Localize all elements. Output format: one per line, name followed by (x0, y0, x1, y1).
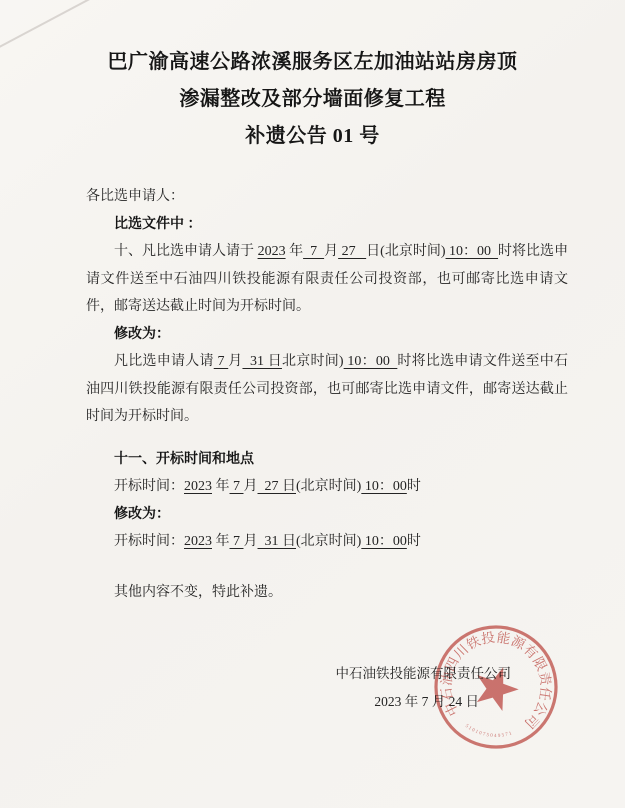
document-page: 巴广渝高速公路浓溪服务区左加油站站房房顶 渗漏整改及部分墙面修复工程 补遗公告 … (0, 0, 625, 808)
text-segment: 十、凡比选申请人请于 (114, 244, 258, 259)
clause-10-revised-paragraph: 凡比选申请人请 7 月 31 日北京时间) 10：00 时将比选申请文件送至中石… (86, 348, 568, 431)
text-segment: 开标时间： (114, 479, 184, 494)
open-time-original-line: 开标时间：2023 年 7 月 27 日(北京时间) 10：00时 (86, 473, 568, 501)
seal-star-icon (469, 660, 524, 714)
underlined-value: 2023 (184, 534, 212, 549)
closing-line: 其他内容不变，特此补遗。 (86, 579, 568, 607)
text-segment: 月 (244, 479, 258, 494)
text-segment: 北京时间) (282, 354, 344, 369)
text-segment: 年 (286, 244, 304, 259)
modify-label-2: 修改为： (86, 501, 568, 529)
underlined-value: 7 (303, 244, 324, 259)
seal-serial-number: 5101075049571 (463, 724, 515, 743)
text-segment: 凡比选申请人请 (114, 354, 214, 369)
text-segment: 时 (407, 534, 421, 549)
underlined-value: 7 (230, 479, 244, 494)
text-segment: 时 (407, 479, 421, 494)
underlined-value: 31 日 (242, 354, 281, 369)
underlined-value: 27 (338, 244, 366, 259)
underlined-value: 2023 (184, 479, 212, 494)
text-segment: 月 (244, 534, 258, 549)
underlined-value: 10：00 (344, 354, 398, 369)
underlined-value: 10：00 (361, 479, 407, 494)
clause-10-paragraph: 十、凡比选申请人请于 2023 年 7 月 27 日(北京时间) 10：00 时… (86, 238, 568, 321)
modify-label-1: 修改为： (86, 321, 568, 349)
text-segment: (北京时间) (296, 534, 361, 549)
text-segment: 月 (228, 354, 242, 369)
text-segment: 开标时间： (114, 534, 184, 549)
underlined-value: 31 日 (258, 534, 297, 549)
underlined-value: 7 (214, 354, 229, 369)
document-title-line-1: 巴广渝高速公路浓溪服务区左加油站站房房顶 (0, 44, 625, 81)
section-11-heading: 十一、开标时间和地点 (86, 446, 568, 474)
underlined-value: 10：00 (361, 534, 407, 549)
document-title-line-2: 渗漏整改及部分墙面修复工程 (0, 81, 625, 118)
text-segment: 月 (324, 244, 338, 259)
text-segment: (北京时间) (296, 479, 361, 494)
underlined-value: 10：00 (446, 244, 499, 259)
official-seal: 中石油四川铁投能源有限责任公司 5101075049571 (421, 612, 571, 762)
text-segment: 年 (212, 479, 230, 494)
underlined-value: 7 (230, 534, 244, 549)
document-title-line-3: 补遗公告 01 号 (0, 118, 625, 155)
salutation-line: 各比选申请人： (86, 183, 568, 211)
open-time-revised-line: 开标时间：2023 年 7 月 31 日(北京时间) 10：00时 (86, 528, 568, 556)
underlined-value: 27 日 (258, 479, 297, 494)
underlined-value: 2023 (258, 244, 286, 259)
text-segment: 年 (212, 534, 230, 549)
text-segment: 日(北京时间) (366, 244, 445, 259)
document-title: 巴广渝高速公路浓溪服务区左加油站站房房顶 渗漏整改及部分墙面修复工程 补遗公告 … (0, 44, 625, 155)
section-intro-line: 比选文件中 ： (86, 211, 568, 239)
